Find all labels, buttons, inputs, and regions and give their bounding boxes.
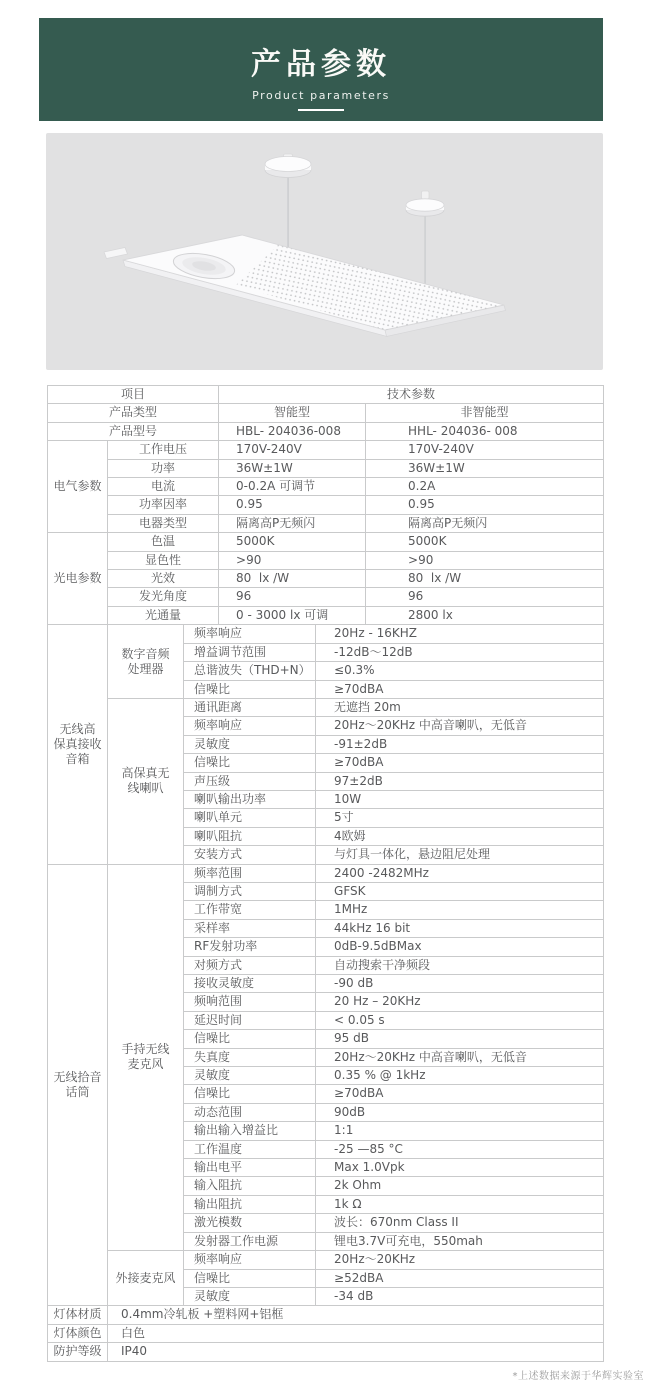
value-cell: 2800 lx [366, 606, 604, 624]
value-cell: -12dB～12dB [316, 643, 604, 661]
label-cell: 喇叭输出功率 [184, 790, 316, 808]
value-cell: >90 [366, 551, 604, 569]
value-cell: Max 1.0Vpk [316, 1159, 604, 1177]
table-row: 防护等级IP40 [48, 1343, 604, 1361]
value-cell: 无遮挡 20m [316, 698, 604, 716]
table-row: 显色性>90>90 [48, 551, 604, 569]
label-cell: 信噪比 [184, 1030, 316, 1048]
group-label-cell: 光电参数 [48, 533, 108, 625]
value-cell: 20Hz～20KHz 中高音喇叭，无低音 [316, 717, 604, 735]
value-cell: 2k Ohm [316, 1177, 604, 1195]
value-cell: 20 Hz – 20KHz [316, 993, 604, 1011]
value-cell: ≥70dBA [316, 680, 604, 698]
label-cell: 产品型号 [48, 422, 219, 440]
label-cell: 频率范围 [184, 864, 316, 882]
value-cell: HBL- 204036-008 [219, 422, 366, 440]
value-cell: 隔离高P无频闪 [366, 514, 604, 532]
label-cell: 色温 [108, 533, 219, 551]
value-cell: 0 - 3000 lx 可调 [219, 606, 366, 624]
label-cell: 灵敏度 [184, 1067, 316, 1085]
value-cell: 白色 [108, 1324, 604, 1342]
suspended-panel-light-illustration [46, 133, 603, 370]
ceiling-canopy-right [406, 191, 444, 216]
value-cell: 自动搜索干净频段 [316, 956, 604, 974]
table-row: 外接麦克风频率响应20Hz～20KHz [48, 1251, 604, 1269]
label-cell: 频率响应 [184, 625, 316, 643]
value-cell: 96 [366, 588, 604, 606]
label-cell: 频率响应 [184, 1251, 316, 1269]
value-cell: -25 —85 °C [316, 1140, 604, 1158]
header-banner: 产品参数 Product parameters [39, 18, 603, 121]
label-cell: 信噪比 [184, 754, 316, 772]
value-cell: 0.35 % @ 1kHz [316, 1067, 604, 1085]
value-cell: IP40 [108, 1343, 604, 1361]
value-cell: 5000K [219, 533, 366, 551]
ceiling-canopy-left [265, 154, 311, 178]
value-cell: 波长：670nm Class II [316, 1214, 604, 1232]
value-cell: 36W±1W [366, 459, 604, 477]
label-cell: 电器类型 [108, 514, 219, 532]
group-label-cell: 数字音频 处理器 [108, 625, 184, 699]
label-cell: 频响范围 [184, 993, 316, 1011]
value-cell: 96 [219, 588, 366, 606]
value-cell: 锂电3.7V可充电，550mah [316, 1232, 604, 1250]
value-cell: 20Hz - 16KHZ [316, 625, 604, 643]
label-cell: 灯体颜色 [48, 1324, 108, 1342]
label-cell: 接收灵敏度 [184, 975, 316, 993]
label-cell: 调制方式 [184, 882, 316, 900]
label-cell: 输出输入增益比 [184, 1122, 316, 1140]
product-image [46, 133, 603, 370]
value-cell: 5寸 [316, 809, 604, 827]
spec-table-body: 项目技术参数产品类型智能型非智能型产品型号HBL- 204036-008HHL-… [48, 386, 604, 1362]
table-row: 产品类型智能型非智能型 [48, 404, 604, 422]
spec-table: 项目技术参数产品类型智能型非智能型产品型号HBL- 204036-008HHL-… [47, 385, 604, 1362]
table-row: 项目技术参数 [48, 386, 604, 404]
value-cell: 1MHz [316, 901, 604, 919]
group-label-cell: 外接麦克风 [108, 1251, 184, 1306]
value-cell: 0.95 [366, 496, 604, 514]
value-cell: -34 dB [316, 1287, 604, 1305]
label-cell: 延迟时间 [184, 1011, 316, 1029]
label-cell: 非智能型 [366, 404, 604, 422]
value-cell: 90dB [316, 1103, 604, 1121]
value-cell: 0-0.2A 可调节 [219, 478, 366, 496]
label-cell: 电流 [108, 478, 219, 496]
table-row: 功率因率0.950.95 [48, 496, 604, 514]
page-subtitle: Product parameters [39, 89, 603, 102]
label-cell: 频率响应 [184, 717, 316, 735]
value-cell: 1k Ω [316, 1195, 604, 1213]
group-label-cell: 电气参数 [48, 441, 108, 533]
value-cell: 95 dB [316, 1030, 604, 1048]
value-cell: 10W [316, 790, 604, 808]
table-row: 光电参数色温5000K5000K [48, 533, 604, 551]
table-row: 无线拾音 话筒手持无线 麦克风频率范围2400 -2482MHz [48, 864, 604, 882]
value-cell: 5000K [366, 533, 604, 551]
table-row: 高保真无 线喇叭通讯距离无遮挡 20m [48, 698, 604, 716]
value-cell: 0.95 [219, 496, 366, 514]
label-cell: 灯体材质 [48, 1306, 108, 1324]
value-cell: 1:1 [316, 1122, 604, 1140]
value-cell: 20Hz～20KHz 中高音喇叭，无低音 [316, 1048, 604, 1066]
value-cell: 0.4mm冷轧板 +塑料网+铝框 [108, 1306, 604, 1324]
label-cell: 灵敏度 [184, 1287, 316, 1305]
label-cell: 发射器工作电源 [184, 1232, 316, 1250]
table-row: 电器类型隔离高P无频闪隔离高P无频闪 [48, 514, 604, 532]
label-cell: 对频方式 [184, 956, 316, 974]
label-cell: 输入阻抗 [184, 1177, 316, 1195]
table-row: 发光角度9696 [48, 588, 604, 606]
value-cell: 170V-240V [219, 441, 366, 459]
suspension-rod-left [287, 169, 289, 249]
label-cell: 信噪比 [184, 1085, 316, 1103]
group-label-cell: 高保真无 线喇叭 [108, 698, 184, 864]
value-cell: 44kHz 16 bit [316, 919, 604, 937]
data-source-footnote: *上述数据来源于华辉实验室 [0, 1367, 644, 1382]
label-cell: 技术参数 [219, 386, 604, 404]
label-cell: 灵敏度 [184, 735, 316, 753]
table-row: 灯体材质0.4mm冷轧板 +塑料网+铝框 [48, 1306, 604, 1324]
label-cell: RF发射功率 [184, 938, 316, 956]
value-cell: -90 dB [316, 975, 604, 993]
table-row: 光效80 lx /W80 lx /W [48, 570, 604, 588]
value-cell: 80 lx /W [366, 570, 604, 588]
value-cell: 97±2dB [316, 772, 604, 790]
group-label-cell: 无线拾音 话筒 [48, 864, 108, 1306]
table-row: 功率36W±1W36W±1W [48, 459, 604, 477]
label-cell: 信噪比 [184, 680, 316, 698]
label-cell: 增益调节范围 [184, 643, 316, 661]
page-title: 产品参数 [39, 18, 603, 83]
value-cell: >90 [219, 551, 366, 569]
value-cell: < 0.05 s [316, 1011, 604, 1029]
table-row: 光通量0 - 3000 lx 可调2800 lx [48, 606, 604, 624]
table-row: 电气参数工作电压170V-240V170V-240V [48, 441, 604, 459]
label-cell: 通讯距离 [184, 698, 316, 716]
value-cell: -91±2dB [316, 735, 604, 753]
label-cell: 动态范围 [184, 1103, 316, 1121]
label-cell: 喇叭阻抗 [184, 827, 316, 845]
value-cell: 隔离高P无频闪 [219, 514, 366, 532]
label-cell: 智能型 [219, 404, 366, 422]
value-cell: 与灯具一体化，悬边阻尼处理 [316, 846, 604, 864]
value-cell: 2400 -2482MHz [316, 864, 604, 882]
spec-table-wrap: 项目技术参数产品类型智能型非智能型产品型号HBL- 204036-008HHL-… [47, 385, 604, 1362]
label-cell: 工作温度 [184, 1140, 316, 1158]
label-cell: 喇叭单元 [184, 809, 316, 827]
label-cell: 功率因率 [108, 496, 219, 514]
group-label-cell: 无线高 保真接收 音箱 [48, 625, 108, 864]
value-cell: 0.2A [366, 478, 604, 496]
group-label-cell: 手持无线 麦克风 [108, 864, 184, 1251]
label-cell: 激光模数 [184, 1214, 316, 1232]
value-cell: 20Hz～20KHz [316, 1251, 604, 1269]
product-parameters-page: 产品参数 Product parameters [0, 0, 650, 1392]
label-cell: 光通量 [108, 606, 219, 624]
value-cell: ≥70dBA [316, 1085, 604, 1103]
label-cell: 采样率 [184, 919, 316, 937]
label-cell: 输出电平 [184, 1159, 316, 1177]
value-cell: GFSK [316, 882, 604, 900]
value-cell: ≤0.3% [316, 662, 604, 680]
value-cell: 4欧姆 [316, 827, 604, 845]
label-cell: 显色性 [108, 551, 219, 569]
label-cell: 光效 [108, 570, 219, 588]
label-cell: 失真度 [184, 1048, 316, 1066]
title-underline [298, 109, 344, 111]
label-cell: 工作电压 [108, 441, 219, 459]
label-cell: 输出阻抗 [184, 1195, 316, 1213]
label-cell: 总谐波失（THD+N） [184, 662, 316, 680]
value-cell: ≥52dBA [316, 1269, 604, 1287]
label-cell: 工作带宽 [184, 901, 316, 919]
label-cell: 安装方式 [184, 846, 316, 864]
value-cell: 36W±1W [219, 459, 366, 477]
value-cell: 170V-240V [366, 441, 604, 459]
table-row: 无线高 保真接收 音箱数字音频 处理器频率响应20Hz - 16KHZ [48, 625, 604, 643]
table-row: 电流0-0.2A 可调节0.2A [48, 478, 604, 496]
value-cell: 0dB-9.5dBMax [316, 938, 604, 956]
value-cell: ≥70dBA [316, 754, 604, 772]
label-cell: 信噪比 [184, 1269, 316, 1287]
label-cell: 项目 [48, 386, 219, 404]
value-cell: HHL- 204036- 008 [366, 422, 604, 440]
label-cell: 声压级 [184, 772, 316, 790]
table-row: 产品型号HBL- 204036-008HHL- 204036- 008 [48, 422, 604, 440]
label-cell: 防护等级 [48, 1343, 108, 1361]
label-cell: 产品类型 [48, 404, 219, 422]
value-cell: 80 lx /W [219, 570, 366, 588]
panel-end-cap [104, 248, 128, 259]
label-cell: 功率 [108, 459, 219, 477]
label-cell: 发光角度 [108, 588, 219, 606]
table-row: 灯体颜色白色 [48, 1324, 604, 1342]
